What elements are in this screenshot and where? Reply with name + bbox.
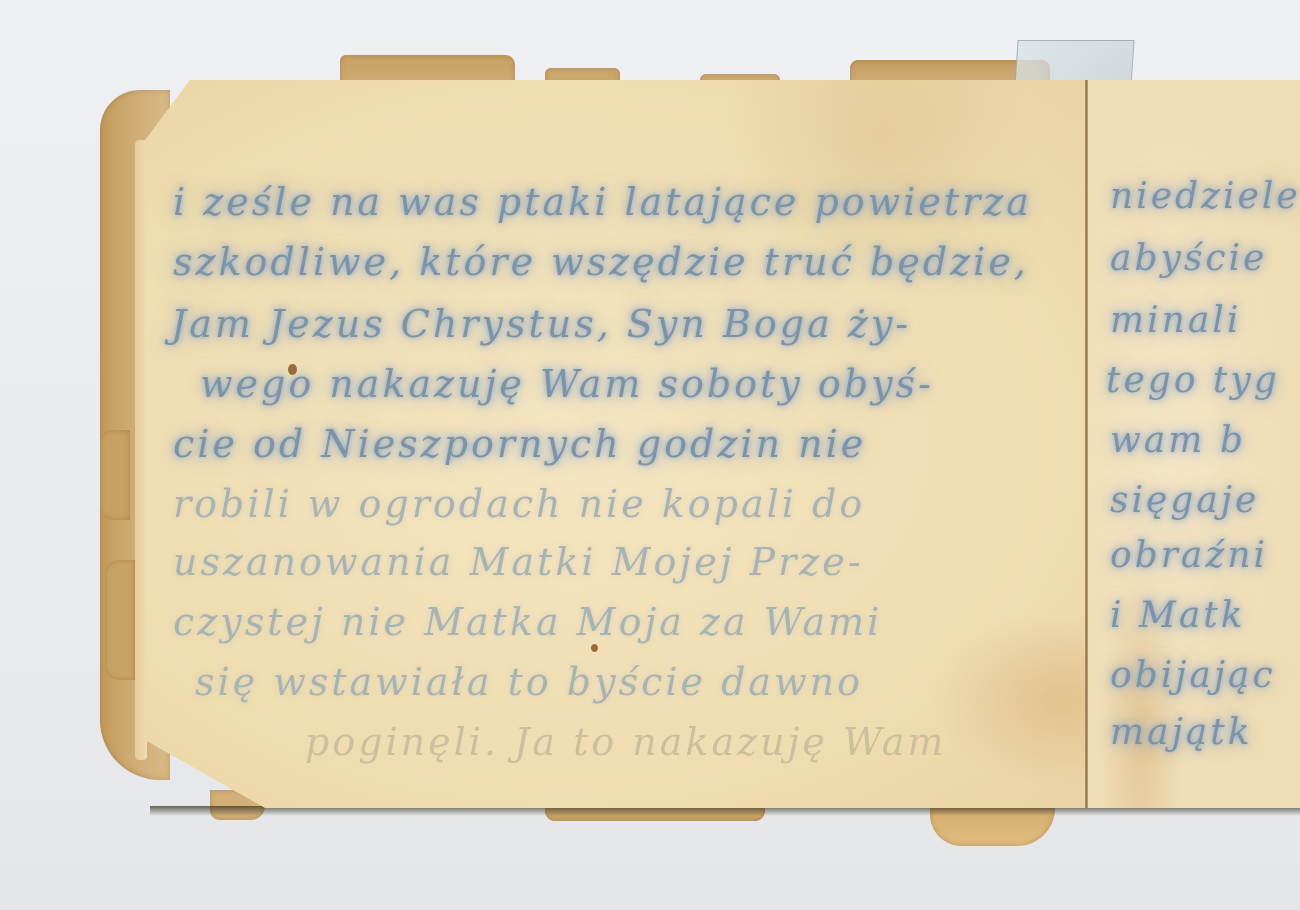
- ink-blot: [288, 364, 297, 375]
- handwritten-line: tego tyg: [1106, 360, 1280, 401]
- handwritten-line: wam b: [1110, 420, 1246, 461]
- handwritten-line: majątk: [1110, 712, 1253, 753]
- handwritten-line: obraźni: [1110, 535, 1268, 576]
- handwritten-line: i ześle na was ptaki latające powietrza: [173, 180, 1032, 224]
- right-page: niedziele abyście minali tego tyg wam b …: [1088, 80, 1300, 808]
- handwritten-line: czystej nie Matka Moja za Wami: [173, 600, 882, 644]
- handwritten-line: wego nakazuję Wam soboty obyś-: [200, 362, 934, 406]
- torn-cover-tab: [100, 430, 130, 520]
- handwritten-line: poginęli. Ja to nakazuję Wam: [305, 720, 946, 764]
- handwritten-line: sięgaje: [1110, 480, 1259, 521]
- handwritten-line: szkodliwe, które wszędzie truć będzie,: [173, 240, 1029, 284]
- right-page-text: niedziele abyście minali tego tyg wam b …: [1088, 80, 1300, 808]
- handwritten-line: cie od Nieszpornych godzin nie: [173, 422, 866, 466]
- handwritten-line: Jam Jezus Chrystus, Syn Boga ży-: [171, 302, 911, 346]
- handwritten-line: obijając: [1110, 655, 1276, 696]
- handwritten-line: się wstawiała to byście dawno: [195, 660, 863, 704]
- handwritten-line: minali: [1110, 300, 1241, 341]
- handwritten-line: niedziele: [1110, 176, 1300, 217]
- handwritten-line: uszanowania Matki Mojej Prze-: [173, 540, 864, 584]
- handwritten-line: robili w ogrodach nie kopali do: [173, 482, 865, 526]
- handwritten-line: abyście: [1110, 238, 1267, 279]
- torn-cover-tab: [105, 560, 135, 680]
- handwritten-line: i Matk: [1110, 595, 1246, 636]
- left-page-text: i ześle na was ptaki latające powietrza …: [145, 80, 1087, 808]
- left-page: i ześle na was ptaki latające powietrza …: [145, 80, 1087, 808]
- ink-blot: [591, 644, 598, 652]
